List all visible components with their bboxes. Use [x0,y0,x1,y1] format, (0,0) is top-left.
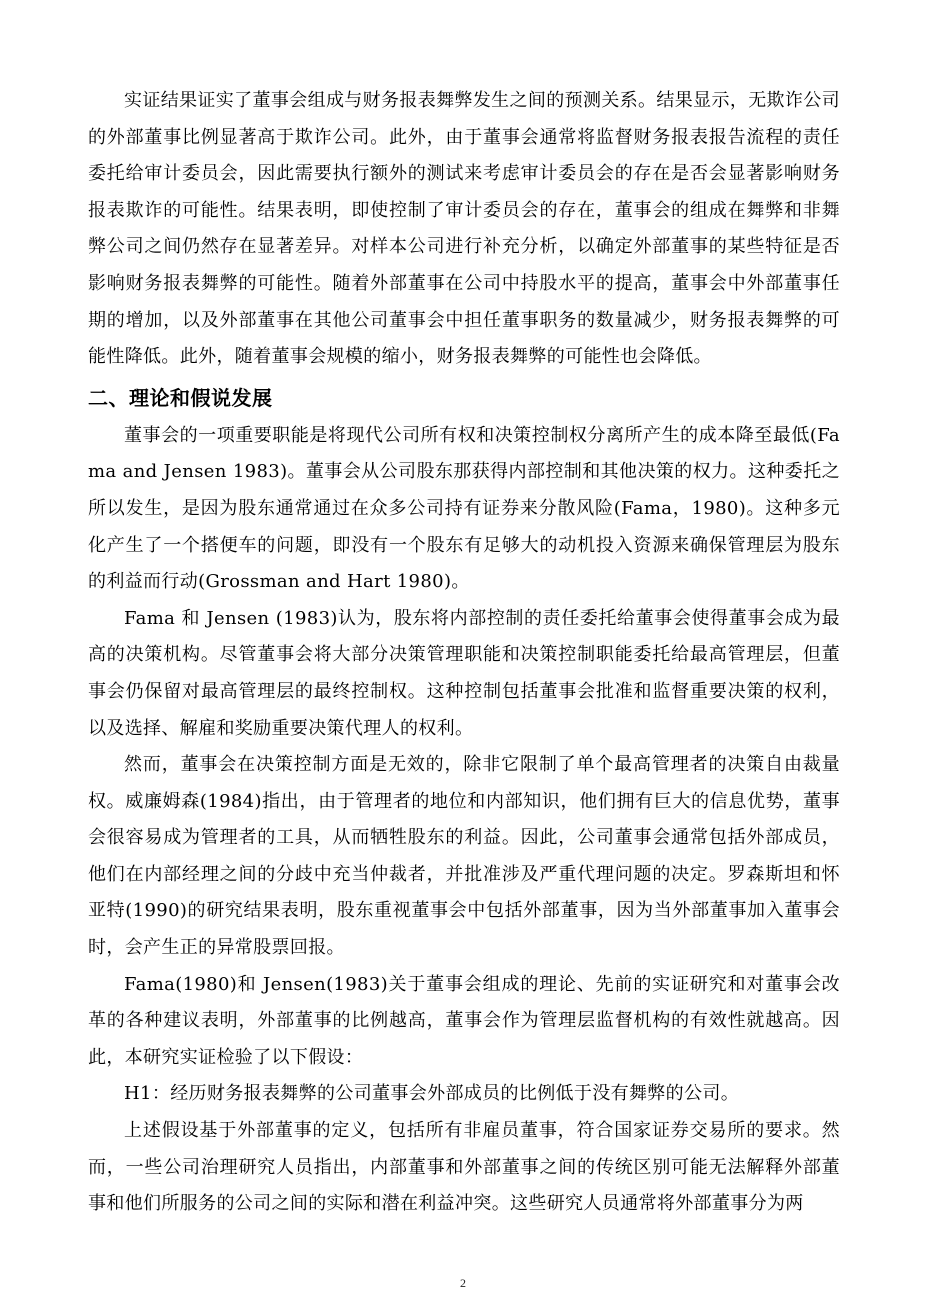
paragraph-board-function: 董事会的一项重要职能是将现代公司所有权和决策控制权分离所产生的成本降至最低(Fa… [88,418,840,601]
paragraph-outside-director-definition: 上述假设基于外部董事的定义，包括所有非雇员董事，符合国家证券交易所的要求。然而，… [88,1113,840,1223]
paragraph-hypothesis-intro: Fama(1980)和 Jensen(1983)关于董事会组成的理论、先前的实证… [88,967,840,1077]
document-page: 实证结果证实了董事会组成与财务报表舞弊发生之间的预测关系。结果显示，无欺诈公司的… [88,83,840,1223]
paragraph-hypothesis-h1: H1：经历财务报表舞弊的公司董事会外部成员的比例低于没有舞弊的公司。 [88,1076,840,1113]
paragraph-decision-control: 然而，董事会在决策控制方面是无效的，除非它限制了单个最高管理者的决策自由裁量权。… [88,747,840,967]
section-heading: 二、理论和假说发展 [88,378,840,418]
paragraph-empirical-results: 实证结果证实了董事会组成与财务报表舞弊发生之间的预测关系。结果显示，无欺诈公司的… [88,83,840,376]
page-number: 2 [0,1276,926,1291]
paragraph-fama-jensen: Fama 和 Jensen (1983)认为，股东将内部控制的责任委托给董事会使… [88,601,840,747]
